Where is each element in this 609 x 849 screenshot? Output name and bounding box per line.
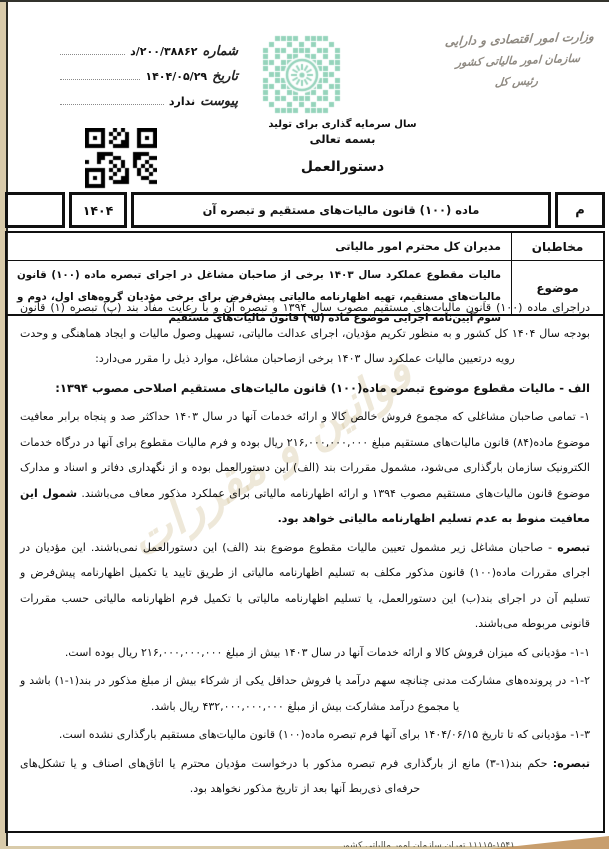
footer-address-fragment: ۱۱۱۱۵-۱۵۴۱ تهران سازمان امور مالیاتی کشو… <box>95 841 515 847</box>
letter-date-row: تاریخ ۱۴۰۴/۰۵/۲۹ <box>60 59 242 84</box>
dotted-line <box>60 54 125 55</box>
item-1-paragraph: ۱- تمامی صاحبان مشاغلی که مجموع فروش خال… <box>20 404 590 532</box>
dotted-line <box>60 104 164 105</box>
year-slogan: سال سرمایه گذاری برای تولید <box>240 119 445 130</box>
attachment-label: پیوست <box>200 94 242 109</box>
document-page: قوانین و مقررات شماره ۲۰۰/۳۸۸۶۲/د تاریخ … <box>0 0 609 849</box>
dotted-line <box>60 79 140 80</box>
header-boxes-row: م ماده (۱۰۰) قانون مالیات‌های مستقیم و ت… <box>5 192 605 228</box>
note-1-paragraph: تبصره - صاحبان مشاغل زیر مشمول تعیین مال… <box>20 535 590 637</box>
bismillah: بسمه تعالی <box>240 132 445 146</box>
directive-title-box: ماده (۱۰۰) قانون مالیات‌های مستقیم و تبص… <box>131 192 551 228</box>
item-1-2-paragraph: ۱-۲- در پرونده‌های مشارکت مدنی چنانچه سه… <box>20 668 590 719</box>
empty-box <box>5 192 65 228</box>
letterhead-calligraphy: وزارت امور اقتصادی و دارایی سازمان امور … <box>431 25 605 96</box>
item-1-3-paragraph: ۱-۳- مؤدیانی که تا تاریخ ۱۴۰۴/۰۶/۱۵ برای… <box>20 722 590 748</box>
note-1-label: تبصره <box>557 541 590 554</box>
category-box: م <box>555 192 605 228</box>
letter-number-row: شماره ۲۰۰/۳۸۸۶۲/د <box>60 34 242 59</box>
note-1-text: - صاحبان مشاغل زیر مشمول تعیین مالیات مق… <box>20 541 590 631</box>
section-a-heading: الف - مالیات مقطوع موضوع تبصره ماده(۱۰۰)… <box>20 376 590 402</box>
item-1-1-paragraph: ۱-۱- مؤدیانی که میزان فروش کالا و ارائه … <box>20 640 590 666</box>
number-label: شماره <box>203 44 242 59</box>
date-value: ۱۴۰۴/۰۵/۲۹ <box>140 70 212 84</box>
document-type-title: دستورالعمل <box>240 159 445 175</box>
year-box: ۱۴۰۴ <box>69 192 127 228</box>
recipients-value: مدیران کل محترم امور مالیاتی <box>7 233 511 260</box>
intro-paragraph: دراجرای ماده (۱۰۰) قانون مالیات‌های مستق… <box>20 295 590 372</box>
note-2-label: تبصره: <box>553 757 590 770</box>
note-2-text: حکم بند(۱-۳) مانع از بارگذاری فرم تبصره … <box>20 757 553 796</box>
recipients-label: مخاطبان <box>511 233 603 260</box>
tax-organization-logo-icon <box>259 32 345 118</box>
qr-code <box>85 128 157 190</box>
date-label: تاریخ <box>212 69 242 84</box>
center-titles: سال سرمایه گذاری برای تولید بسمه تعالی د… <box>240 119 445 175</box>
attachment-value: ندارد <box>164 95 200 109</box>
note-2-paragraph: تبصره: حکم بند(۱-۳) مانع از بارگذاری فرم… <box>20 751 590 802</box>
item-1-text: ۱- تمامی صاحبان مشاغلی که مجموع فروش خال… <box>20 410 590 500</box>
scan-edge-top <box>0 0 609 2</box>
logo-kufic-pattern-icon <box>259 32 345 118</box>
recipients-row: مخاطبان مدیران کل محترم امور مالیاتی <box>7 233 603 260</box>
number-value: ۲۰۰/۳۸۸۶۲/د <box>125 45 202 59</box>
directive-body: دراجرای ماده (۱۰۰) قانون مالیات‌های مستق… <box>5 288 605 833</box>
letter-meta: شماره ۲۰۰/۳۸۸۶۲/د تاریخ ۱۴۰۴/۰۵/۲۹ پیوست… <box>60 34 242 109</box>
letter-attachment-row: پیوست ندارد <box>60 84 242 109</box>
